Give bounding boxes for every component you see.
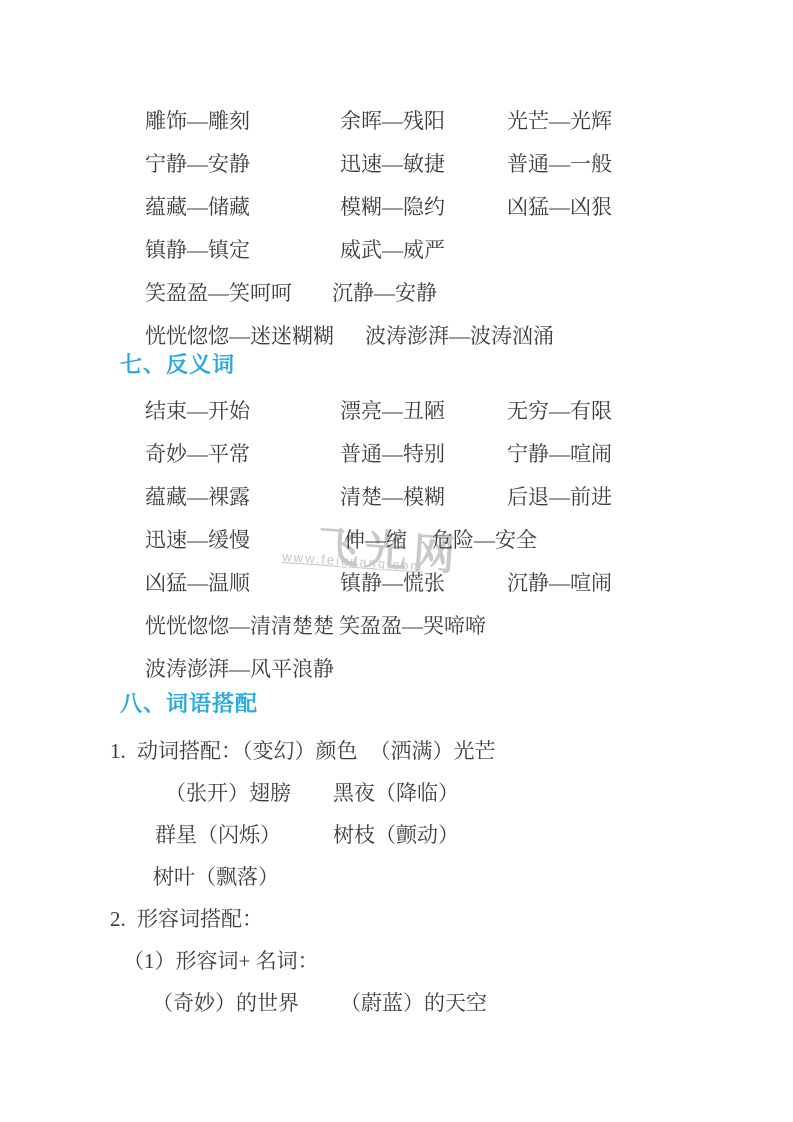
word-pair: 伸—缩: [344, 529, 432, 551]
word-pair: 雕饰—雕刻: [145, 110, 340, 132]
word-pair: 凶猛—温顺: [145, 572, 340, 594]
word-pair: 沉静—喧闹: [507, 572, 612, 594]
word-pair: 光芒—光辉: [507, 110, 612, 132]
collocation-phrase: （蔚蓝）的天空: [340, 991, 487, 1015]
antonyms-list: 结束—开始 漂亮—丑陋 无穷—有限 奇妙—平常 普通—特别 宁静—喧闹 蕴藏—裸…: [145, 400, 612, 701]
list-number: 1.: [110, 740, 137, 762]
word-pair: 镇静—镇定: [145, 239, 340, 261]
collocation-phrase: 动词搭配：（变幻）颜色: [137, 739, 358, 763]
word-pair: 普通—特别: [340, 443, 507, 465]
word-pair: 奇妙—平常: [145, 443, 340, 465]
word-pair: 迅速—缓慢: [145, 529, 344, 551]
collocations-list: 1.动词搭配：（变幻）颜色（洒满）光芒 （张开）翅膀黑夜（降临） 群星（闪烁）树…: [110, 740, 496, 1034]
word-pair: 蕴藏—裸露: [145, 486, 340, 508]
synonym-row: 笑盈盈—笑呵呵 沉静—安静: [145, 282, 612, 325]
word-pair: 危险—安全: [432, 529, 537, 551]
synonym-row: 宁静—安静 迅速—敏捷 普通—一般: [145, 153, 612, 196]
collocation-line: 1.动词搭配：（变幻）颜色（洒满）光芒: [110, 740, 496, 782]
word-pair: 波涛澎湃—风平浪静: [145, 658, 334, 680]
collocation-line: （1）形容词+ 名词：: [110, 950, 496, 992]
collocation-phrase: （洒满）光芒: [370, 739, 496, 763]
word-pair: 无穷—有限: [507, 400, 612, 422]
word-pair: 迅速—敏捷: [340, 153, 507, 175]
word-pair: 恍恍惚惚—迷迷糊糊: [145, 325, 365, 347]
word-pair: 笑盈盈—哭啼啼: [339, 615, 486, 637]
synonym-row: 蕴藏—储藏 模糊—隐约 凶猛—凶狠: [145, 196, 612, 239]
antonym-row: 迅速—缓慢 伸—缩 危险—安全: [145, 529, 612, 572]
collocation-phrase: 树枝（颤动）: [333, 823, 459, 847]
section-heading-antonyms: 七、反义词: [120, 352, 235, 378]
antonym-row: 恍恍惚惚—清清楚楚 笑盈盈—哭啼啼: [145, 615, 612, 658]
word-pair: 模糊—隐约: [340, 196, 507, 218]
word-pair: 镇静—慌张: [340, 572, 507, 594]
document-page: 飞光网 www.feiguang.com 雕饰—雕刻 余晖—残阳 光芒—光辉 宁…: [0, 0, 793, 1122]
antonym-row: 凶猛—温顺 镇静—慌张 沉静—喧闹: [145, 572, 612, 615]
word-pair: 普通—一般: [507, 153, 612, 175]
collocation-phrase: 黑夜（降临）: [333, 781, 459, 805]
word-pair: 波涛澎湃—波涛汹涌: [365, 325, 554, 347]
word-pair: 余晖—残阳: [340, 110, 507, 132]
synonym-row: 雕饰—雕刻 余晖—残阳 光芒—光辉: [145, 110, 612, 153]
antonym-row: 蕴藏—裸露 清楚—模糊 后退—前进: [145, 486, 612, 529]
word-pair: 笑盈盈—笑呵呵: [145, 282, 332, 304]
antonym-row: 奇妙—平常 普通—特别 宁静—喧闹: [145, 443, 612, 486]
word-pair: 凶猛—凶狠: [507, 196, 612, 218]
word-pair: 恍恍惚惚—清清楚楚: [145, 615, 339, 637]
word-pair: 结束—开始: [145, 400, 340, 422]
collocation-phrase: 群星（闪烁）: [155, 823, 281, 847]
word-pair: 沉静—安静: [332, 282, 437, 304]
collocation-line: 群星（闪烁）树枝（颤动）: [110, 824, 496, 866]
collocation-phrase: （张开）翅膀: [165, 781, 291, 805]
list-number: 2.: [110, 908, 137, 930]
collocation-line: 树叶（飘落）: [110, 866, 496, 908]
collocation-line: （奇妙）的世界（蔚蓝）的天空: [110, 992, 496, 1034]
word-pair: 蕴藏—储藏: [145, 196, 340, 218]
synonyms-list: 雕饰—雕刻 余晖—残阳 光芒—光辉 宁静—安静 迅速—敏捷 普通—一般 蕴藏—储…: [145, 110, 612, 368]
collocation-line: 2.形容词搭配：: [110, 908, 496, 950]
collocation-subheading: 形容词搭配：: [137, 907, 263, 931]
word-pair: 清楚—模糊: [340, 486, 507, 508]
synonym-row: 镇静—镇定 威武—威严: [145, 239, 612, 282]
word-pair: 威武—威严: [340, 239, 445, 261]
word-pair: 宁静—喧闹: [507, 443, 612, 465]
collocation-subheading: （1）形容词+ 名词：: [123, 949, 319, 973]
section-heading-collocations: 八、词语搭配: [120, 691, 258, 717]
word-pair: 漂亮—丑陋: [340, 400, 507, 422]
collocation-phrase: （奇妙）的世界: [152, 991, 299, 1015]
word-pair: 后退—前进: [507, 486, 612, 508]
collocation-phrase: 树叶（飘落）: [153, 865, 279, 889]
antonym-row: 结束—开始 漂亮—丑陋 无穷—有限: [145, 400, 612, 443]
collocation-line: （张开）翅膀黑夜（降临）: [110, 782, 496, 824]
word-pair: 宁静—安静: [145, 153, 340, 175]
